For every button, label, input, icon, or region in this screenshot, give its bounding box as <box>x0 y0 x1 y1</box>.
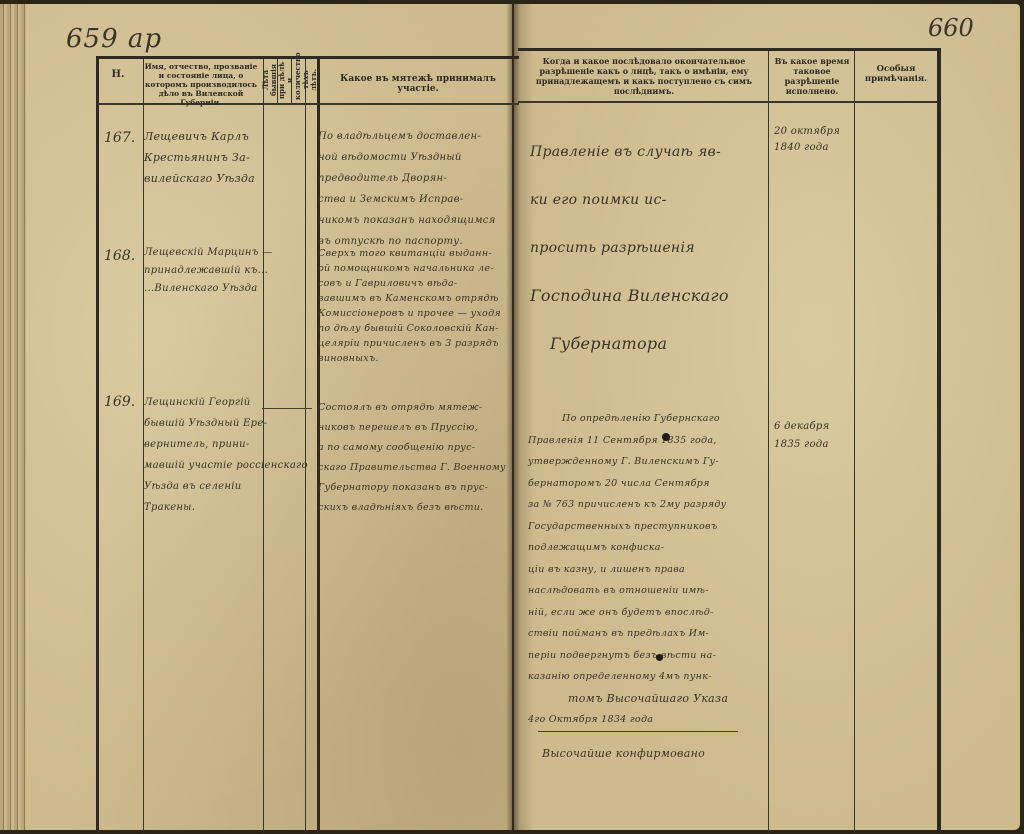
left-page-number: 659 ар <box>66 24 162 54</box>
ink-blot <box>656 654 663 661</box>
text-line: просить разрѣшенія <box>530 224 770 272</box>
text-line: По опредѣленію Губернскаго <box>528 408 768 430</box>
text-line: по дѣлу бывшій Соколовскій Кан- <box>318 321 518 336</box>
text-line: періи подвергнутъ безъ вѣсти на- <box>528 645 768 667</box>
name-line: вернитель, прини- <box>144 434 314 455</box>
header-participation: Какое въ мятежѣ принималъ участіе. <box>318 74 518 94</box>
text-line: целяріи причисленъ въ 3 разрядъ <box>318 336 518 351</box>
entry-participation: По владѣльцемъ доставлен- ной вѣдомости … <box>318 126 518 252</box>
entry-resolution: По опредѣленію Губернскаго Правленія 11 … <box>528 408 768 764</box>
text-line: ствіи пойманъ въ предѣлахъ Им- <box>528 623 768 645</box>
header-name: Имя, отчество, прозваніе и состояніе лиц… <box>142 62 260 107</box>
underline <box>538 731 738 732</box>
name-line: ...Виленскаго Уѣзда <box>144 280 314 298</box>
text-line: виновныхъ. <box>318 351 518 366</box>
text-line: утвержденному Г. Виленскимъ Гу- <box>528 451 768 473</box>
entry-name: Лещевскій Марцинъ — принадлежавшій къ...… <box>144 244 314 298</box>
name-line: Крестьянинъ За- <box>144 147 314 168</box>
text-line: Сверхъ того квитанціи выданн- <box>318 246 518 261</box>
text-line: наслѣдовать въ отношеніи имѣ- <box>528 580 768 602</box>
text-line: за № 763 причисленъ къ 2му разряду <box>528 494 768 516</box>
book-spread: 659 ар 660 Н. Имя, отчество, прозваніе и… <box>0 0 1024 834</box>
ink-blot <box>662 433 670 441</box>
text-line: скихъ владѣніяхъ безъ вѣсти. <box>318 498 518 518</box>
text-line: никомъ показанъ находящимся <box>318 210 518 231</box>
text-line: ой помощникомъ начальника ле- <box>318 261 518 276</box>
name-line: бывшій Уѣздный Ере- <box>144 413 314 434</box>
text-line: 20 октября <box>774 124 856 140</box>
entry-resolution: Правленіе въ случаѣ яв- ки его поимки ис… <box>530 128 770 368</box>
header-resolution: Когда и какое послѣдовало окончательное … <box>520 56 768 96</box>
entry-executed: 6 декабря 1835 года <box>774 418 856 454</box>
text-line: Правленіе въ случаѣ яв- <box>530 128 770 176</box>
entry-number: 168. <box>104 248 135 264</box>
text-line: Губернатора <box>530 320 770 368</box>
text-line: казанію определенному 4мъ пунк- <box>528 666 768 688</box>
text-line: ки его поимки ис- <box>530 176 770 224</box>
name-line: Тракены. <box>144 497 314 518</box>
name-line: вилейскаго Уѣзда <box>144 168 314 189</box>
text-line: По владѣльцемъ доставлен- <box>318 126 518 147</box>
header-executed: Въ какое время таковое разрѣшеніе исполн… <box>770 56 854 96</box>
header-no: Н. <box>100 70 136 80</box>
name-line: Уѣзда въ селеніи <box>144 476 314 497</box>
text-line: 1840 года <box>774 140 856 156</box>
text-line: Господина Виленскаго <box>530 272 770 320</box>
text-line: ціи въ казну, и лишенъ права <box>528 559 768 581</box>
text-line: томъ Высочайшаго Указа <box>528 688 768 710</box>
header-notes: Особыя примѣчанія. <box>856 64 936 84</box>
entry-name: Лещинскій Георгій бывшій Уѣздный Ере- ве… <box>144 392 314 518</box>
text-line: 1835 года <box>774 436 856 454</box>
text-line: Государственныхъ преступниковъ <box>528 516 768 538</box>
text-line: 6 декабря <box>774 418 856 436</box>
text-line: совъ и Гавриловичъ вѣда- <box>318 276 518 291</box>
name-line: мавшій участіе россіенскаго <box>144 455 314 476</box>
right-table-border <box>937 48 941 830</box>
text-line: вавшимъ въ Каменскомъ отрядѣ <box>318 291 518 306</box>
name-line: Лещинскій Георгій <box>144 392 314 413</box>
header-age: Лѣта бывшія при дѣлѣ и количество тѣхъ л… <box>262 60 304 100</box>
header-rule <box>518 101 938 103</box>
text-line: Высочайше конфирмовано <box>528 743 768 765</box>
text-line: Состоялъ въ отрядѣ мятеж- <box>318 398 518 418</box>
name-line: Лещевичъ Карлъ <box>144 126 314 147</box>
right-page-number: 660 <box>928 14 974 42</box>
text-line: а по самому сообщенію прус- <box>318 438 518 458</box>
text-line: Правленія 11 Сентября 1835 года, <box>528 430 768 452</box>
entry-participation: Состоялъ въ отрядѣ мятеж- никовъ перешел… <box>318 398 518 518</box>
name-line: Лещевскій Марцинъ — <box>144 244 314 262</box>
entry-number: 167. <box>104 130 135 146</box>
name-line: принадлежавшій къ... <box>144 262 314 280</box>
entry-name: Лещевичъ Карлъ Крестьянинъ За- вилейскаг… <box>144 126 314 189</box>
text-line: ній, если же онъ будетъ впослѣд- <box>528 602 768 624</box>
entry-number: 169. <box>104 394 135 410</box>
page-edges <box>0 4 26 830</box>
entry-executed: 20 октября 1840 года <box>774 124 856 156</box>
entry-participation: Сверхъ того квитанціи выданн- ой помощни… <box>318 246 518 366</box>
text-line: ства и Земскимъ Исправ- <box>318 189 518 210</box>
text-line: 4го Октября 1834 года <box>528 709 768 731</box>
text-line: ной вѣдомости Уѣздный <box>318 147 518 168</box>
text-line: Комиссіонеровъ и прочее — уходя <box>318 306 518 321</box>
text-line: бернаторомъ 20 числа Сентября <box>528 473 768 495</box>
text-line: Губернатору показанъ въ прус- <box>318 478 518 498</box>
text-line: подлежащимъ конфиска- <box>528 537 768 559</box>
text-line: предводитель Дворян- <box>318 168 518 189</box>
text-line: скаго Правительства Г. Военному <box>318 458 518 478</box>
text-line: никовъ перешелъ въ Пруссію, <box>318 418 518 438</box>
